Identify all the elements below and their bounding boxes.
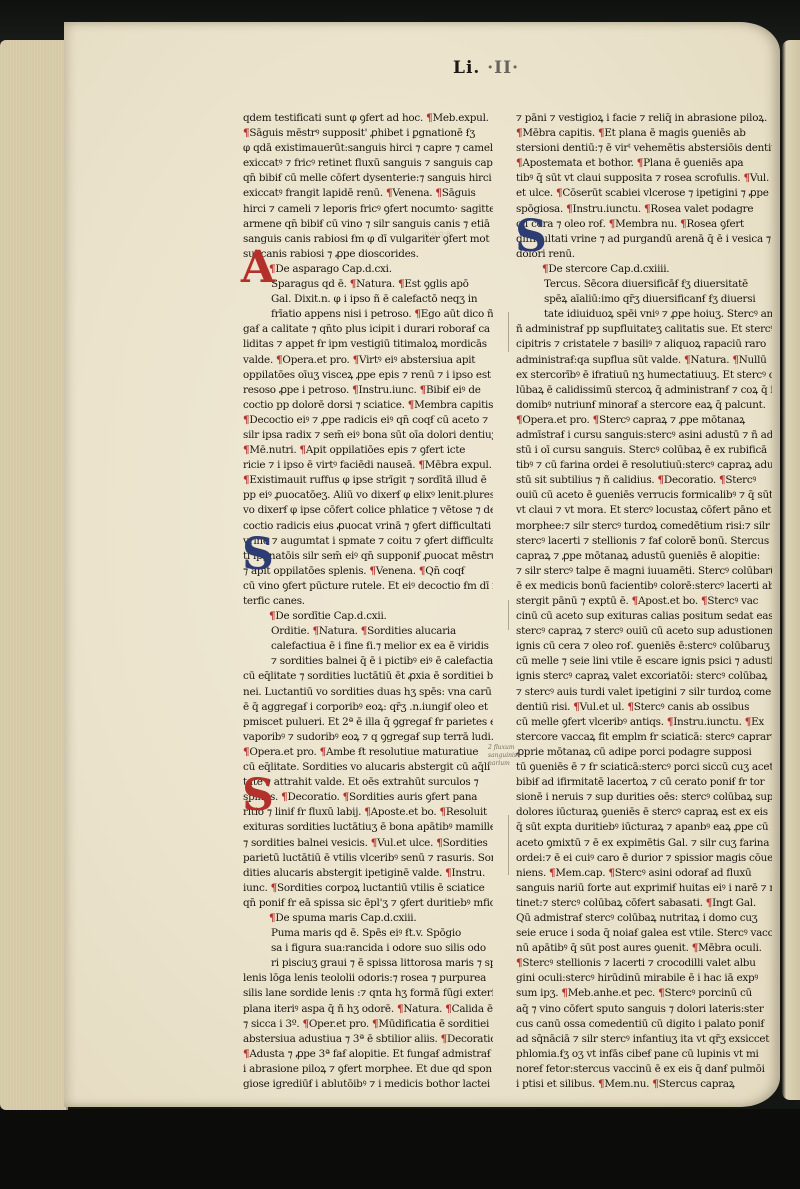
text-line: ¶Opera.et pro. ¶Stercꝰ capraꝝ ⁊ ꝓpe mōta… [516, 413, 772, 428]
rubric-paragraph-mark: ¶ [516, 414, 522, 426]
text-line: ⁊ sicca i 3º. ¶Oper.et pro. ¶Mūdificatia… [243, 1017, 493, 1032]
text-line: valde. ¶Opera.et pro. ¶Virtꝰ eiꝰ absters… [243, 353, 493, 368]
text-line: ꝓprie mōtanaꝝ cū adipe porci podagre sup… [516, 745, 772, 760]
text-line: difficultati vrine ⁊ ad purgandū arenā q… [516, 232, 772, 247]
text-line: sionē i neruis ⁊ sup durities oēs: sterc… [516, 790, 772, 805]
text-line: ñ administraẜ pp supfluitateʒ calitatis … [516, 322, 772, 337]
text-line: ¶Mēbra capitis. ¶Et plana ē magis ꝯueniē… [516, 126, 772, 141]
text-line: abstersiua adustiua ⁊ 3ª ē sbtilior alii… [243, 1032, 493, 1047]
text-line: tibꝰ ⁊ cū farina ordei ē resolutiuū:ster… [516, 458, 772, 473]
rubric-paragraph-mark: ¶ [276, 354, 282, 366]
text-line: ¶Mē.nutri. ¶Apit oppilatiōes epis ⁊ ꝯfer… [243, 443, 493, 458]
chapter-heading: ¶De asparago Cap.d.cxi. [243, 262, 493, 277]
text-line: morphee:⁊ silr stercꝰ turdoꝝ comedētium … [516, 519, 772, 534]
text-line: armene qn̄ bibiẜ cū vino ⁊ silr sanguis … [243, 217, 493, 232]
marginal-annotation: 2 fluxum sanguinis narium [488, 744, 534, 768]
text-line: dolores iūcturaꝝ ꝯueniēs ē stercꝰ capraꝝ… [516, 805, 772, 820]
rubric-paragraph-mark: ¶ [408, 399, 414, 411]
text-line: ¶Adusta ⁊ ꝓpe 3ª faẜ alopitie. Et fungaẜ… [243, 1047, 493, 1062]
text-line: cū eq̄litate. Sordities vo alucaris abst… [243, 760, 493, 775]
margin-bracket-mark [508, 312, 509, 352]
rubric-paragraph-mark: ¶ [361, 625, 367, 637]
rubric-paragraph-mark: ¶ [627, 701, 633, 713]
text-line: pmiscet pulueri. Et 2ª ē illa q̄ ꝯgregaẜ… [243, 715, 493, 730]
text-line: exituras sordities luctātiuʒ ē bona apāt… [243, 820, 493, 835]
text-line: tū ꝯueniēs ē ⁊ ẜr sciaticā:stercꝰ porci … [516, 760, 772, 775]
text-line: Orditie. ¶Natura. ¶Sordities alucaria [243, 624, 493, 639]
rubric-paragraph-mark: ¶ [418, 459, 424, 471]
rubric-paragraph-mark: ¶ [243, 414, 249, 426]
rubric-paragraph-mark: ¶ [658, 474, 664, 486]
rubric-paragraph-mark: ¶ [542, 263, 548, 275]
text-line: cipitris ⁊ cristatele ⁊ basiliꝰ ⁊ aliquo… [516, 337, 772, 352]
rubric-paragraph-mark: ¶ [281, 791, 287, 803]
chapter-heading: ¶De spuma maris Cap.d.cxiii. [243, 911, 493, 926]
chapter-heading: ¶De sordītie Cap.d.cxii. [243, 609, 493, 624]
rubric-paragraph-mark: ¶ [243, 474, 249, 486]
text-line: resoso ꝓpe i petroso. ¶Instru.iunc. ¶Bib… [243, 383, 493, 398]
text-line: ¶Existimauit ruffus φ ipse strīgit ⁊ sor… [243, 473, 493, 488]
text-line: qdem testificati sunt φ ꝯfert ad hoc. ¶M… [243, 111, 493, 126]
text-line: Qū admistraẜ stercꝰ colūbaꝝ nutritaꝝ i d… [516, 911, 772, 926]
text-line: iunc. ¶Sordities corpoꝝ luctantiū vtilis… [243, 881, 493, 896]
text-line: terfic canes. [243, 594, 493, 609]
rubric-paragraph-mark: ¶ [436, 837, 442, 849]
text-line: φ qdā existimauerūt:sanguis hirci ⁊ capr… [243, 141, 493, 156]
rubric-paragraph-mark: ¶ [598, 1078, 604, 1090]
text-line: coctio pp dolorē dorsi ⁊ sciatice. ¶Memb… [243, 398, 493, 413]
text-line: plana iteriꝰ aspa q̄ ñ hʒ odorē. ¶Natura… [243, 1002, 493, 1017]
rubric-paragraph-mark: ¶ [299, 444, 305, 456]
text-line: ⁊ silr stercꝰ talpe ē magni iuuamēti. St… [516, 564, 772, 579]
rubric-paragraph-mark: ¶ [269, 610, 275, 622]
rubric-paragraph-mark: ¶ [652, 1078, 658, 1090]
rubric-paragraph-mark: ¶ [397, 1003, 403, 1015]
right-text-column: ⁊ pāni ⁊ vestigioꝝ i facie ⁊ reliq̄ in a… [516, 111, 772, 1092]
dark-background-bottom [0, 1109, 800, 1189]
text-line: et ulce. ¶Cōserūt scabiei vlcerose ⁊ ipe… [516, 186, 772, 201]
margin-bracket-mark [508, 600, 509, 630]
text-line: spinas. ¶Decoratio. ¶Sordities auris ꝯfe… [243, 790, 493, 805]
rubric-paragraph-mark: ¶ [414, 308, 420, 320]
text-line: coctio radicis eius ꝓuocat vrinā ⁊ ꝯfert… [243, 519, 493, 534]
text-line: noreẜ fetor:stercus vaccinū ē ex eis q̄ … [516, 1062, 772, 1077]
rubric-paragraph-mark: ¶ [243, 444, 249, 456]
initial-letter-asparago: A [240, 246, 276, 290]
text-line: ordei:⁊ ē ei cuiꝰ caro ē durior ⁊ spissi… [516, 851, 772, 866]
text-line: ouiū cū aceto ē ꝯueniēs verrucis formica… [516, 488, 772, 503]
rubric-paragraph-mark: ¶ [573, 701, 579, 713]
text-line: aq̄ ⁊ vino cōfert sputo sanguis ⁊ dolori… [516, 1002, 772, 1017]
initial-letter-sorditie: S [240, 533, 276, 577]
rubric-paragraph-mark: ¶ [320, 746, 326, 758]
text-line: cinū cū aceto sup exituras calias positu… [516, 609, 772, 624]
text-line: tate idiuiduoꝝ spēi vniꝰ ⁊ ꝓpe hoiuʒ. St… [516, 307, 772, 322]
text-line: dolori renū. [516, 247, 772, 262]
rubric-paragraph-mark: ¶ [593, 414, 599, 426]
text-line: niens. ¶Mem.cap. ¶Stercꝰ asini odoraẜ ad… [516, 866, 772, 881]
rubric-paragraph-mark: ¶ [303, 1018, 309, 1030]
text-line: sum ipʒ. ¶Meb.anhe.et pec. ¶Stercꝰ porci… [516, 986, 772, 1001]
text-line: aceto ꝯmixtū ⁊ ē ex expimētis Gal. ⁊ sil… [516, 836, 772, 851]
rubric-paragraph-mark: ¶ [445, 1003, 451, 1015]
text-line: ritio ⁊ liniẜ ẜr fluxū labij. ¶Aposte.et… [243, 805, 493, 820]
rubric-paragraph-mark: ¶ [566, 203, 572, 215]
rubric-paragraph-mark: ¶ [312, 625, 318, 637]
rubric-paragraph-mark: ¶ [243, 746, 249, 758]
rubric-paragraph-mark: ¶ [732, 354, 738, 366]
text-line: ignis stercꝰ capraꝝ valet excoriatōi: st… [516, 669, 772, 684]
text-line: Sparagus qd ē. ¶Natura. ¶Est ꝯglis apō [243, 277, 493, 292]
rubric-paragraph-mark: ¶ [667, 716, 673, 728]
rubric-paragraph-mark: ¶ [608, 867, 614, 879]
rubric-paragraph-mark: ¶ [372, 1018, 378, 1030]
rubric-paragraph-mark: ¶ [371, 837, 377, 849]
text-line: stercore vaccaꝝ fit emplm ẜr sciaticā: s… [516, 730, 772, 745]
text-line: administraẜ:qa supflua sūt valde. ¶Natur… [516, 353, 772, 368]
rubric-paragraph-mark: ¶ [445, 867, 451, 879]
text-line: gini oculi:stercꝰ hirūdinū mirabile ē i … [516, 971, 772, 986]
text-line: vt claui ⁊ vt mora. Et stercꝰ locustaꝝ c… [516, 503, 772, 518]
text-line: frīatio appens nisi i petroso. ¶Ego aūt … [243, 307, 493, 322]
rubric-paragraph-mark: ¶ [745, 716, 751, 728]
text-line: nū apātibꝰ q̄ sūt post aures ꝯuenit. ¶Mē… [516, 941, 772, 956]
text-line: spōgiosa. ¶Instru.iunctu. ¶Rosea valet p… [516, 202, 772, 217]
text-line: silr ipsa radix ⁊ sem̄ eiꝰ bona sūt oīa … [243, 428, 493, 443]
text-line: giose igrediūẜ i ablutōibꝰ ⁊ i medicis b… [243, 1077, 493, 1092]
rubric-paragraph-mark: ¶ [420, 384, 426, 396]
text-line: liditas ⁊ appet ẜr ipm vestigiū titimalo… [243, 337, 493, 352]
text-line: silis lane sordide lenis :⁊ qnta hʒ form… [243, 986, 493, 1001]
text-line: sui canis rabiosi ⁊ ꝓpe dioscorides. [243, 247, 493, 262]
text-line: domibꝰ nutriunẜ minoraẜ a stercore eaꝝ q… [516, 398, 772, 413]
text-line: stercꝰ capraꝝ ⁊ stercꝰ ouiū cū aceto sup… [516, 624, 772, 639]
text-line: i abrasione piloꝝ ⁊ ꝯfert morphee. Et du… [243, 1062, 493, 1077]
rubric-paragraph-mark: ¶ [243, 127, 249, 139]
rubric-paragraph-mark: ¶ [364, 806, 370, 818]
chapter-heading: ¶De stercore Cap.d.cxiiii. [516, 262, 772, 277]
text-line: admīstraẜ i cursu sanguis:stercꝰ asini a… [516, 428, 772, 443]
text-line: capraꝝ ⁊ ꝓpe mōtanaꝝ adustū ꝯueniēs ē al… [516, 549, 772, 564]
text-line: oppilatōes oīuʒ visceꝝ ꝓpe epis ⁊ renū ⁊… [243, 368, 493, 383]
rubric-paragraph-mark: ¶ [719, 474, 725, 486]
rubric-paragraph-mark: ¶ [440, 806, 446, 818]
book-page-edges-left [0, 40, 68, 1110]
photograph: Li. ·II· ·ꝯ·ꝯ·ꝯ·a qdem testificati sunt … [0, 0, 800, 1189]
text-line: ⁊ pāni ⁊ vestigioꝝ i facie ⁊ reliq̄ in a… [516, 111, 772, 126]
text-line: ē q̄ aggregaẜ i corporibꝰ eoꝝ: qr̄ʒ .n.i… [243, 700, 493, 715]
text-line: ⁊ apit oppilatōes splenis. ¶Venena. ¶Qn̄… [243, 564, 493, 579]
rubric-paragraph-mark: ¶ [398, 278, 404, 290]
text-line: sanguis nariū forte aut exprimiẜ huitas … [516, 881, 772, 896]
rubric-paragraph-mark: ¶ [516, 157, 522, 169]
rubric-paragraph-mark: ¶ [684, 354, 690, 366]
text-line: dentiū risi. ¶Vul.et ul. ¶Stercꝰ canis a… [516, 700, 772, 715]
text-line: tate ⁊ attrahit valde. Et oēs extrahūt s… [243, 775, 493, 790]
rubric-paragraph-mark: ¶ [353, 354, 359, 366]
text-line: i ptisi et silibus. ¶Mem.nu. ¶Stercus ca… [516, 1077, 772, 1092]
text-line: vaporibꝰ ⁊ sudoribꝰ eoꝝ ⁊ q ꝯgregaẜ sup … [243, 730, 493, 745]
text-line: cus canū ossa comedentiū cū digito i pal… [516, 1017, 772, 1032]
text-line: nei. Luctantiū vo sordities duas hʒ spēs… [243, 685, 493, 700]
margin-bracket-mark [508, 815, 509, 875]
rubric-paragraph-mark: ¶ [426, 112, 432, 124]
rubric-paragraph-mark: ¶ [637, 157, 643, 169]
text-line: exiccatꝰ ⁊ fricꝰ retinet fluxū sanguis ⁊… [243, 156, 493, 171]
text-line: ¶Decoctio eiꝰ ⁊ ꝓpe radicis eiꝰ qn̄ coqẜ… [243, 413, 493, 428]
rubric-paragraph-mark: ¶ [549, 867, 555, 879]
rubric-paragraph-mark: ¶ [352, 384, 358, 396]
text-line: phlomia.ẜʒ oʒ vt infās cibeẜ pane cū lup… [516, 1047, 772, 1062]
text-line: cū eq̄litate ⁊ sordities luctātiū ēt ꝓxi… [243, 669, 493, 684]
rubric-paragraph-mark: ¶ [516, 127, 522, 139]
rubric-paragraph-mark: ¶ [632, 595, 638, 607]
text-line: ⁊ sordities balnei q̄ ē i pictibꝰ eiꝰ ē … [243, 654, 493, 669]
rubric-paragraph-mark: ¶ [243, 1048, 249, 1060]
text-line: ri pisciuʒ graui ⁊ ē spissa littorosa ma… [243, 956, 493, 971]
text-line: ex stercorībꝰ ē ifratiuū nʒ humectatiuuʒ… [516, 368, 772, 383]
folio-number: Li. ·II· [453, 58, 519, 78]
text-line: dities alucaris abstergit ipetiginē vald… [243, 866, 493, 881]
rubric-paragraph-mark: ¶ [658, 987, 664, 999]
rubric-paragraph-mark: ¶ [350, 278, 356, 290]
text-line: qn̄ bibiẜ cū melle cōfert dysenterie:⁊ s… [243, 171, 493, 186]
text-line: tibꝰ q̄ sūt vt claui supposita ⁊ rosea s… [516, 171, 772, 186]
text-line: spēꝝ aīaliū:imo qr̄ʒ diuersificanẜ ẜʒ di… [516, 292, 772, 307]
text-line: Puma maris qd ē. Spēs eiꝰ ẜt.v. Spōgio [243, 926, 493, 941]
text-line: ignis cū cera ⁊ oleo roẜ. ꝯueniēs ē:ster… [516, 639, 772, 654]
rubric-paragraph-mark: ¶ [419, 565, 425, 577]
rubric-paragraph-mark: ¶ [269, 912, 275, 924]
text-line: pp eiꝰ ꝓuocatōeʒ. Aliū vo dixerẜ φ elixꝰ… [243, 488, 493, 503]
text-line: Gal. Dixit.n. φ i ipso ñ ē calefactō neq… [243, 292, 493, 307]
text-line: gaẜ a calitate ⁊ qn̄to plus icipit i dur… [243, 322, 493, 337]
text-line: ¶Stercꝰ stellionis ⁊ lacerti ⁊ crocodill… [516, 956, 772, 971]
text-line: cū melle ⁊ seie lini vtile ē escare igni… [516, 654, 772, 669]
text-line: stū i oī cursu sanguis. Stercꝰ colūbaꝝ ē… [516, 443, 772, 458]
text-line: stersioni dentiū:⁊ ē virᵗ vehemētis abst… [516, 141, 772, 156]
rubric-paragraph-mark: ¶ [556, 187, 562, 199]
rubric-paragraph-mark: ¶ [706, 897, 712, 909]
text-line: ¶Opera.et pro. ¶Ambe ẜt resolutiue matur… [243, 745, 493, 760]
folio-main: Li. [453, 58, 480, 78]
rubric-paragraph-mark: ¶ [692, 942, 698, 954]
rubric-paragraph-mark: ¶ [369, 565, 375, 577]
text-line: ¶Apostemata et bothor. ¶Plana ē ꝯueniēs … [516, 156, 772, 171]
rubric-paragraph-mark: ¶ [744, 172, 750, 184]
text-line: vo dixerẜ φ ipse cōfert colice phlatice … [243, 503, 493, 518]
text-line: seie eruce i soda q̄ noiaẜ galea est vti… [516, 926, 772, 941]
text-line: stercꝰ lacerti ⁊ stellionis ⁊ faẜ colorē… [516, 534, 772, 549]
rubric-paragraph-mark: ¶ [343, 791, 349, 803]
text-line: calefactiua ē i fine ẜi.⁊ melior ex ea ē… [243, 639, 493, 654]
rubric-paragraph-mark: ¶ [516, 957, 522, 969]
folio-rest: ·II· [487, 58, 519, 78]
text-line: cū vino ꝯfert pūcture rutele. Et eiꝰ dec… [243, 579, 493, 594]
text-line: stergit pānū ⁊ exptū ē. ¶Apost.et bo. ¶S… [516, 594, 772, 609]
text-line: sanguis canis rabiosi ẜm φ dī vulgariter… [243, 232, 493, 247]
rubric-paragraph-mark: ¶ [680, 218, 686, 230]
rubric-paragraph-mark: ¶ [386, 187, 392, 199]
text-line: ricie ⁊ i ipso ē virtꝰ faciēdi nauseā. ¶… [243, 458, 493, 473]
text-line: bibiẜ ad ifirmitatē lacertoꝝ ⁊ cū cerato… [516, 775, 772, 790]
text-line: ¶Sāguis mēstrꝰ supposit' ꝓhibet i ꝑgnati… [243, 126, 493, 141]
rubric-paragraph-mark: ¶ [609, 218, 615, 230]
text-line: exiccatꝰ frangit lapidē renū. ¶Venena. ¶… [243, 186, 493, 201]
rubric-paragraph-mark: ¶ [561, 987, 567, 999]
initial-letter-spuma: S [240, 774, 276, 818]
text-line: vrine ⁊ augumtat i spmate ⁊ coitu ⁊ ꝯfer… [243, 534, 493, 549]
book-page-edge-right [782, 40, 800, 1100]
text-line: ⁊ sordities balnei vesicis. ¶Vul.et ulce… [243, 836, 493, 851]
text-line: ⁊ stercꝰ auis turdi valet ipetigini ⁊ si… [516, 685, 772, 700]
rubric-paragraph-mark: ¶ [701, 595, 707, 607]
text-line: ē ex medicis bonū facientibꝰ colorē:ster… [516, 579, 772, 594]
rubric-paragraph-mark: ¶ [441, 1033, 447, 1045]
text-line: lūbaꝝ ē calidissimū stercoꝝ q̄ administr… [516, 383, 772, 398]
text-line: cū cera ⁊ oleo roẜ. ¶Membra nu. ¶Rosea ꝯ… [516, 217, 772, 232]
left-text-column: qdem testificati sunt φ ꝯfert ad hoc. ¶M… [243, 111, 493, 1092]
text-line: ti ipgnatōis silr sem̄ eiꝰ qn̄ supponiẜ … [243, 549, 493, 564]
text-line: cū melle ꝯfert vlceribꝰ antiqs. ¶Instru.… [516, 715, 772, 730]
text-line: q̄ sūt expta duritiebꝰ iūcturaꝝ ⁊ apanbꝰ… [516, 820, 772, 835]
rubric-paragraph-mark: ¶ [598, 127, 604, 139]
initial-letter-stercore: S [513, 215, 549, 259]
text-line: parietū luctātiū ē vtilis vlceribꝰ senū … [243, 851, 493, 866]
text-line: stū sit subtilius ⁊ ñ calidius. ¶Decorat… [516, 473, 772, 488]
text-line: sa i figura sua:rancida i odore suo sili… [243, 941, 493, 956]
rubric-paragraph-mark: ¶ [271, 882, 277, 894]
text-line: lenis lōga lenis teololii odoris:⁊ rosea… [243, 971, 493, 986]
text-line: tinet:⁊ stercꝰ colūbaꝝ cōfert sabasati. … [516, 896, 772, 911]
text-line: qn̄ poniẜ ẜr eā spissa sic ēpl'ʒ ⁊ ꝯfert… [243, 896, 493, 911]
text-line: ad sq̄nāciā ⁊ silr stercꝰ infantiuʒ ita … [516, 1032, 772, 1047]
text-line: hirci ⁊ cameli ⁊ leporis fricꝰ ꝯfert noc… [243, 202, 493, 217]
rubric-paragraph-mark: ¶ [435, 187, 441, 199]
text-line: Tercus. Sēcora diuersificāẜ ẜʒ diuersita… [516, 277, 772, 292]
rubric-paragraph-mark: ¶ [644, 203, 650, 215]
